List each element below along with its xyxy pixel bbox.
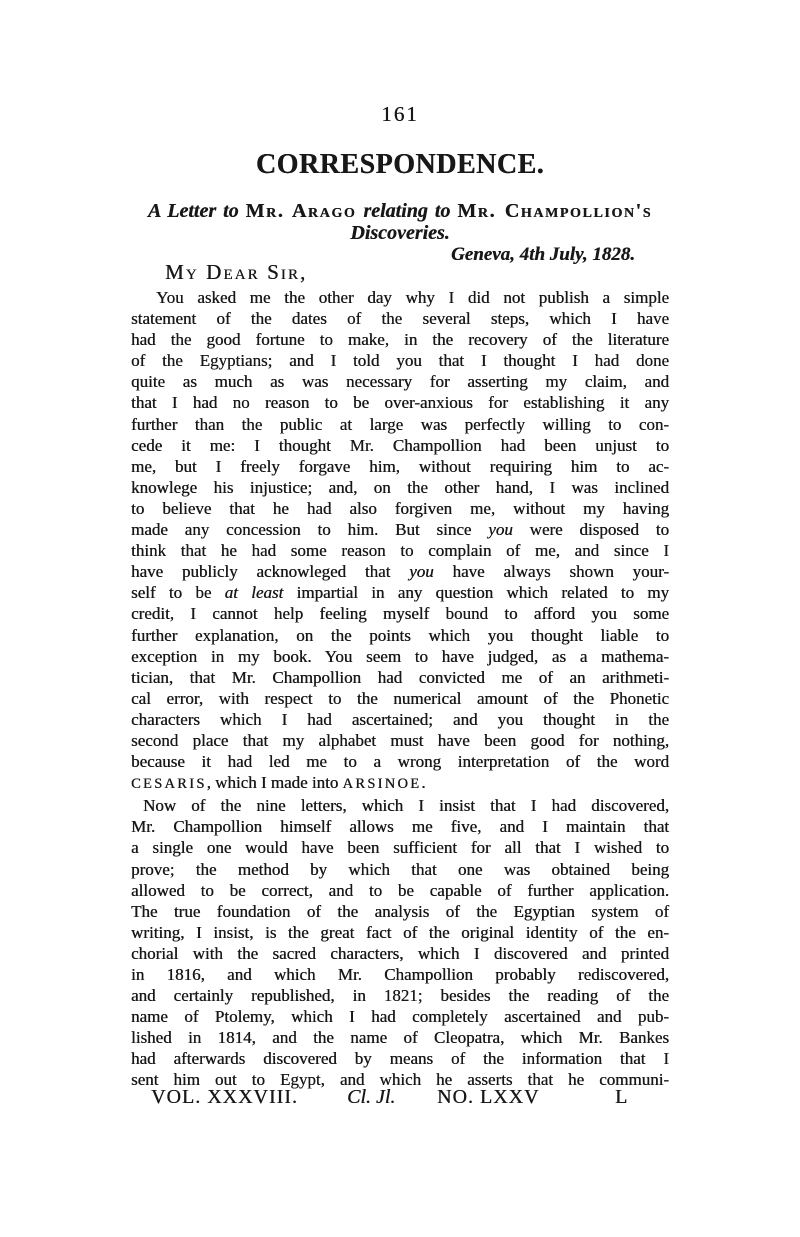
text-segment: second place that my alphabet must have … (131, 731, 669, 750)
text-segment: self to be (131, 583, 225, 602)
paragraph: You asked me the other day why I did not… (131, 287, 669, 795)
text-segment: have always shown your- (434, 562, 669, 581)
text-line: self to be at least impartial in any que… (131, 582, 669, 603)
text-line: Now of the nine letters, which I insist … (131, 795, 669, 816)
paragraph: Now of the nine letters, which I insist … (131, 795, 669, 1090)
text-segment: and certainly republished, in 1821; besi… (131, 986, 669, 1005)
text-segment: Now of the nine letters, which I insist … (143, 796, 669, 815)
small-caps-name: Mr. Champollion's (457, 200, 652, 222)
text-segment: think that he had some reason to complai… (131, 541, 669, 560)
text-line: exception in my book. You seem to have j… (131, 646, 669, 667)
text-segment: a single one would have been sufficient … (131, 838, 669, 857)
text-segment: to believe that he had also forgiven me,… (131, 499, 669, 518)
text-segment: in 1816, and which Mr. Champollion proba… (131, 965, 669, 984)
text-segment: statement of the dates of the several st… (131, 309, 669, 328)
text-line: tician, that Mr. Champollion had convict… (131, 667, 669, 688)
text-segment: that I had no reason to be over-anxious … (131, 393, 669, 412)
text-line: Mr. Champollion himself allows me five, … (131, 816, 669, 837)
text-line: You asked me the other day why I did not… (131, 287, 669, 308)
text-line: further explanation, on the points which… (131, 625, 669, 646)
page-footer: VOL. XXXVIII. Cl. Jl. NO. LXXV L (131, 1086, 669, 1112)
italic-text: A Letter to (148, 200, 246, 222)
text-segment: impartial in any question which related … (283, 583, 669, 602)
text-line: have publicly acknowleged that you have … (131, 561, 669, 582)
small-caps-name: Mr. Arago (246, 200, 357, 222)
text-line: cede it me: I thought Mr. Champollion ha… (131, 435, 669, 456)
text-line: lished in 1814, and the name of Cleopatr… (131, 1027, 669, 1048)
text-segment: Mr. Champollion himself allows me five, … (131, 817, 669, 836)
text-line: to believe that he had also forgiven me,… (131, 498, 669, 519)
text-segment: had the good fortune to make, in the rec… (131, 330, 669, 349)
spaced-caps-text: ARSINOE (343, 776, 422, 792)
text-segment: chorial with the sacred characters, whic… (131, 944, 669, 963)
text-segment: writing, I insist, is the great fact of … (131, 923, 669, 942)
letter-body: You asked me the other day why I did not… (131, 287, 669, 1091)
italic-text: at least (225, 583, 284, 602)
text-segment: of the Egyptians; and I told you that I … (131, 351, 669, 370)
text-segment: lished in 1814, and the name of Cleopatr… (131, 1028, 669, 1047)
text-line: in 1816, and which Mr. Champollion proba… (131, 964, 669, 985)
text-line: statement of the dates of the several st… (131, 308, 669, 329)
text-line: quite as much as was necessary for asser… (131, 371, 669, 392)
text-segment: because it had led me to a wrong interpr… (131, 752, 669, 771)
text-line: that I had no reason to be over-anxious … (131, 392, 669, 413)
scanned-page: 161 CORRESPONDENCE. A Letter to Mr. Arag… (0, 0, 800, 1237)
text-segment: further explanation, on the points which… (131, 626, 669, 645)
text-segment: cal error, with respect to the numerical… (131, 689, 669, 708)
text-segment: knowlege his injustice; and, on the othe… (131, 478, 669, 497)
text-segment: me, but I freely forgave him, without re… (131, 457, 669, 476)
text-segment: have publicly acknowleged that (131, 562, 409, 581)
text-line: cal error, with respect to the numerical… (131, 688, 669, 709)
text-line: knowlege his injustice; and, on the othe… (131, 477, 669, 498)
footer-issue-number: NO. LXXV (437, 1086, 539, 1109)
text-line: CESARIS, which I made into ARSINOE. (131, 772, 669, 795)
footer-journal-abbrev: Cl. Jl. (347, 1086, 395, 1109)
text-line: think that he had some reason to complai… (131, 540, 669, 561)
text-line: prove; the method by which that one was … (131, 859, 669, 880)
text-segment: had afterwards discovered by means of th… (131, 1049, 669, 1068)
text-line: further than the public at large was per… (131, 414, 669, 435)
text-segment: You asked me the other day why I did not… (156, 288, 669, 307)
text-line: allowed to be correct, and to be capable… (131, 880, 669, 901)
italic-text: you (488, 520, 513, 539)
text-line: chorial with the sacred characters, whic… (131, 943, 669, 964)
letter-heading-line2: Discoveries. (131, 222, 669, 245)
italic-text: relating to (356, 200, 457, 222)
text-line: had afterwards discovered by means of th… (131, 1048, 669, 1069)
text-line: and certainly republished, in 1821; besi… (131, 985, 669, 1006)
text-line: writing, I insist, is the great fact of … (131, 922, 669, 943)
text-segment: name of Ptolemy, which I had completely … (131, 1007, 669, 1026)
section-title: CORRESPONDENCE. (131, 149, 669, 181)
text-segment: The true foundation of the analysis of t… (131, 902, 669, 921)
salutation: My Dear Sir, (131, 260, 669, 285)
text-segment: cede it me: I thought Mr. Champollion ha… (131, 436, 669, 455)
text-line: had the good fortune to make, in the rec… (131, 329, 669, 350)
text-line: The true foundation of the analysis of t… (131, 901, 669, 922)
letter-heading-line1: A Letter to Mr. Arago relating to Mr. Ch… (131, 200, 669, 223)
text-segment: prove; the method by which that one was … (131, 860, 669, 879)
text-segment: allowed to be correct, and to be capable… (131, 881, 669, 900)
text-line: made any concession to him. But since yo… (131, 519, 669, 540)
text-segment: exception in my book. You seem to have j… (131, 647, 669, 666)
text-line: me, but I freely forgave him, without re… (131, 456, 669, 477)
text-line: name of Ptolemy, which I had completely … (131, 1006, 669, 1027)
text-segment: made any concession to him. But since (131, 520, 488, 539)
text-segment: characters which I had ascertained; and … (131, 710, 669, 729)
spaced-caps-text: CESARIS (131, 776, 207, 792)
text-segment: further than the public at large was per… (131, 415, 669, 434)
footer-volume: VOL. XXXVIII. (151, 1086, 298, 1109)
text-line: of the Egyptians; and I told you that I … (131, 350, 669, 371)
text-segment: tician, that Mr. Champollion had convict… (131, 668, 669, 687)
text-segment: quite as much as was necessary for asser… (131, 372, 669, 391)
text-line: second place that my alphabet must have … (131, 730, 669, 751)
italic-text: you (409, 562, 434, 581)
text-line: a single one would have been sufficient … (131, 837, 669, 858)
page-number: 161 (131, 102, 669, 127)
text-line: characters which I had ascertained; and … (131, 709, 669, 730)
text-line: credit, I cannot help feeling myself bou… (131, 603, 669, 624)
text-segment: were disposed to (513, 520, 669, 539)
text-segment: . (421, 773, 425, 792)
footer-signature-mark: L (615, 1086, 627, 1109)
text-segment: , which I made into (207, 773, 343, 792)
text-line: because it had led me to a wrong interpr… (131, 751, 669, 772)
text-segment: credit, I cannot help feeling myself bou… (131, 604, 669, 623)
